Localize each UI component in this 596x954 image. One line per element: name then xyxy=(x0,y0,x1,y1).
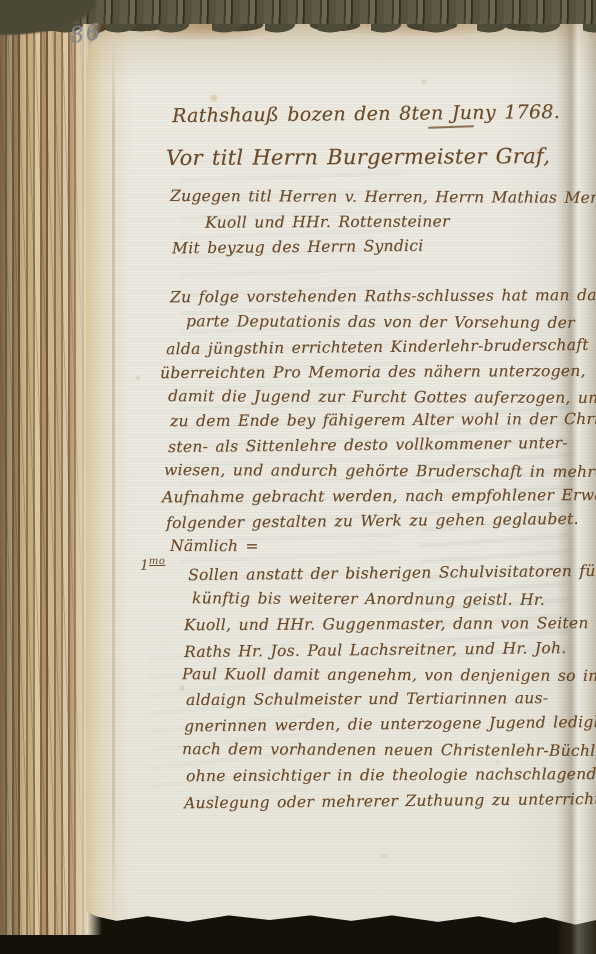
body-line: wiesen, und andurch gehörte Bruderschaft… xyxy=(164,461,596,481)
item-line: Kuoll, und HHr. Guggenmaster, dann von S… xyxy=(184,614,596,634)
item-marker-1mo: 1mo xyxy=(140,556,166,574)
body-line: Aufnahme gebracht werden, nach empfohlen… xyxy=(162,486,596,507)
item-line: nach dem vorhandenen neuen Christenlehr-… xyxy=(182,740,596,760)
body-line: parte Deputationis das von der Vorsehung… xyxy=(186,312,575,332)
body-line: überreichten Pro Memoria des nähern unte… xyxy=(160,362,586,382)
body-line: Zu folge vorstehenden Raths-schlusses ha… xyxy=(170,286,596,306)
item-marker-sup: mo xyxy=(149,556,166,567)
presence-line: Vor titl Herrn Burgermeister Graf, xyxy=(166,144,550,170)
body-line: Nämlich = xyxy=(170,537,259,555)
item-marker-base: 1 xyxy=(140,558,149,574)
dateline: Rathshauß bozen den 8ten Juny 1768. xyxy=(172,101,560,127)
item-line: Paul Kuoll damit angenehm, von denjenige… xyxy=(182,665,596,685)
presence-line: Zugegen titl Herren v. Herren, Herrn Mat… xyxy=(170,187,596,207)
presence-line: Mit beyzug des Herrn Syndici xyxy=(172,237,424,258)
body-line: zu dem Ende bey fähigerem Alter wohl in … xyxy=(170,410,596,430)
manuscript-scan: 86 Rathshauß bozen den 8ten Juny 1768. V… xyxy=(0,0,596,954)
item-line: künftig bis weiterer Anordnung geistl. H… xyxy=(192,589,545,609)
presence-line: Kuoll und HHr. Rottensteiner xyxy=(205,212,450,231)
item-line: ohne einsichtiger in die theologie nachs… xyxy=(186,765,596,785)
body-line: damit die Jugend zur Furcht Gottes aufer… xyxy=(168,387,596,407)
folio-number: 86 xyxy=(68,20,103,49)
gutter-crease xyxy=(112,40,115,930)
item-line: aldaign Schulmeister und Tertiarinnen au… xyxy=(186,689,548,709)
